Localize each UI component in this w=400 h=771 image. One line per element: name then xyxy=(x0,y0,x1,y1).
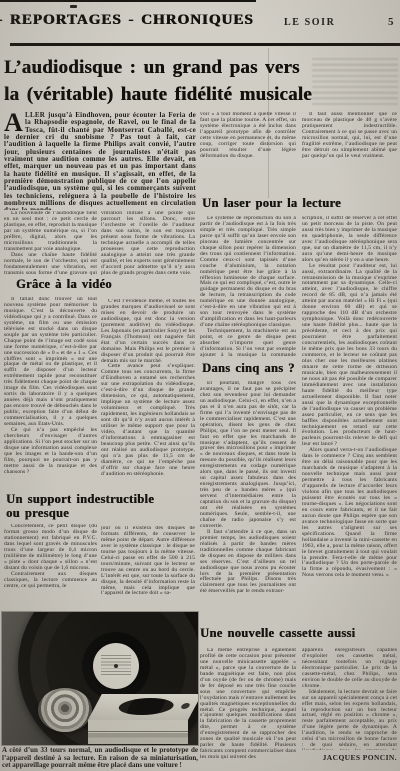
player-disc-compartment xyxy=(115,698,178,715)
lede-text: LLER jusqu’à Eindhoven, pour écouter la … xyxy=(4,112,196,210)
headline-line-2: la (véritable) haute fidélité musicale xyxy=(4,81,312,108)
column1-block-a: La nouveauté de l’audiodisque tient en u… xyxy=(4,211,97,275)
paragraph: Contrairement aux disques classiques, la… xyxy=(4,572,97,590)
photo-record-label xyxy=(93,643,139,689)
paragraph: scription, il suffit de réserver à cet e… xyxy=(302,216,397,264)
subhead-support-line-2: ou presque xyxy=(6,506,154,520)
column3-block-b: Et pourtant, malgré tous ces avantages, … xyxy=(200,381,296,623)
headline: L’audiodisque : un grand pas vers la (vé… xyxy=(4,54,312,108)
paragraph: vibration initiale à une pointe qui parc… xyxy=(101,211,195,276)
subhead-laser: Un laser pour la lecture xyxy=(202,196,341,210)
subhead-cassette: Une nouvelle cassette aussi xyxy=(200,626,355,640)
paragraph: La nouveauté de l’audiodisque tient en u… xyxy=(4,211,97,253)
paragraph: Il fallait donc trouver un tout nouveau … xyxy=(4,297,97,428)
column2-block-a: vibration initiale à une pointe qui parc… xyxy=(101,211,195,295)
photo-audiodisc xyxy=(38,688,92,732)
subhead-support: Un support indestructible ou presque xyxy=(6,492,154,520)
column2-block-b: C’est l’évidence même, et toutes les gra… xyxy=(101,299,195,491)
photo-caption: A côté d’un 33 tours normal, un audiodis… xyxy=(2,747,198,771)
photo-player-top-face xyxy=(88,694,198,720)
ink-smudge xyxy=(70,5,77,8)
newspaper-scan-page: - REPORTAGES - CHRONIQUES LE SOIR 5 L’au… xyxy=(0,0,400,771)
paragraph: Alors quand verra-t-on l’audiodisque dan… xyxy=(302,448,397,579)
paragraph: voir » à tout moment à quelle vitesse il… xyxy=(200,112,296,160)
newspaper-name: LE SOIR xyxy=(284,17,336,28)
subhead-video: Grâce à la vidéo xyxy=(16,277,112,291)
paragraph: C’est l’évidence même, et toutes les gra… xyxy=(101,299,195,364)
column4-top-block: Il faut aussi mentionner que ce morceau … xyxy=(302,112,397,194)
column1-block-b: Il fallait donc trouver un tout nouveau … xyxy=(4,297,97,490)
column1-block-c: Concrètement, ce petit disque (du format… xyxy=(4,524,97,608)
paragraph: jour où il existera des disques de forma… xyxy=(101,526,195,597)
paragraph: Idéalement, la lecture devrait se faire … xyxy=(302,690,397,750)
column3-top-block: voir » à tout moment à quelle vitesse il… xyxy=(200,112,296,192)
byline: JACQUES PONCIN. xyxy=(300,753,397,762)
page-number: 5 xyxy=(388,16,394,28)
paragraph: Techniquement, la machinerie est au poin… xyxy=(200,329,296,358)
subhead-cinq-ans: Dans cinq ans ? xyxy=(202,361,295,375)
paragraph: Le résultat pour l’auditeur est, lui aus… xyxy=(302,264,397,362)
photo-player-front-face xyxy=(88,720,188,744)
paragraph: Ce qui n’a pas empêché les chercheurs d’… xyxy=(4,428,97,476)
column4-block-c: appareils enregistreurs capables d’explo… xyxy=(302,648,397,750)
paragraph: Il faut s’attendre à ce que, dans un pre… xyxy=(200,530,296,595)
player-front-seam xyxy=(88,731,188,732)
paragraph: Dans une chaîne haute fidélité normale, … xyxy=(4,253,97,275)
article-photo xyxy=(2,612,198,745)
paragraph: appareils enregistreurs capables d’explo… xyxy=(302,648,397,690)
subhead-support-line-1: Un support indestructible xyxy=(6,492,154,506)
column2-block-c: jour où il existera des disques de forma… xyxy=(101,526,195,608)
ink-bleed-through xyxy=(312,58,398,106)
paragraph: Le système de reproduction du son à part… xyxy=(200,216,296,329)
column4-block-a: scription, il suffit de réserver à cet e… xyxy=(302,216,397,362)
paragraph: Cette avance peut s’expliquer. Comme tou… xyxy=(101,364,195,477)
paragraph: Il faut aussi mentionner que ce morceau … xyxy=(302,112,397,160)
headline-line-1: L’audiodisque : un grand pas vers xyxy=(4,54,312,81)
player-control-knob xyxy=(180,703,191,709)
top-rule xyxy=(0,0,256,2)
paragraph: La même entreprise a également profité d… xyxy=(200,648,296,761)
record-center-hole xyxy=(114,664,118,668)
paragraph: Et pourtant, malgré tous ces avantages, … xyxy=(200,381,296,530)
drop-cap: A xyxy=(4,112,25,133)
masthead-rule xyxy=(10,43,400,46)
lede-paragraph: ALLER jusqu’à Eindhoven, pour écouter la… xyxy=(4,112,196,210)
column3-block-c: La même entreprise a également profité d… xyxy=(200,648,296,769)
paragraph: Concrètement, ce petit disque (du format… xyxy=(4,524,97,572)
column4-block-b: dinaire de cette forme de diffusion musi… xyxy=(302,365,397,623)
column3-block-a: Le système de reproduction du son à part… xyxy=(200,216,296,358)
paragraph: dinaire de cette forme de diffusion musi… xyxy=(302,365,397,448)
section-title: - REPORTAGES - CHRONIQUES xyxy=(0,12,253,29)
